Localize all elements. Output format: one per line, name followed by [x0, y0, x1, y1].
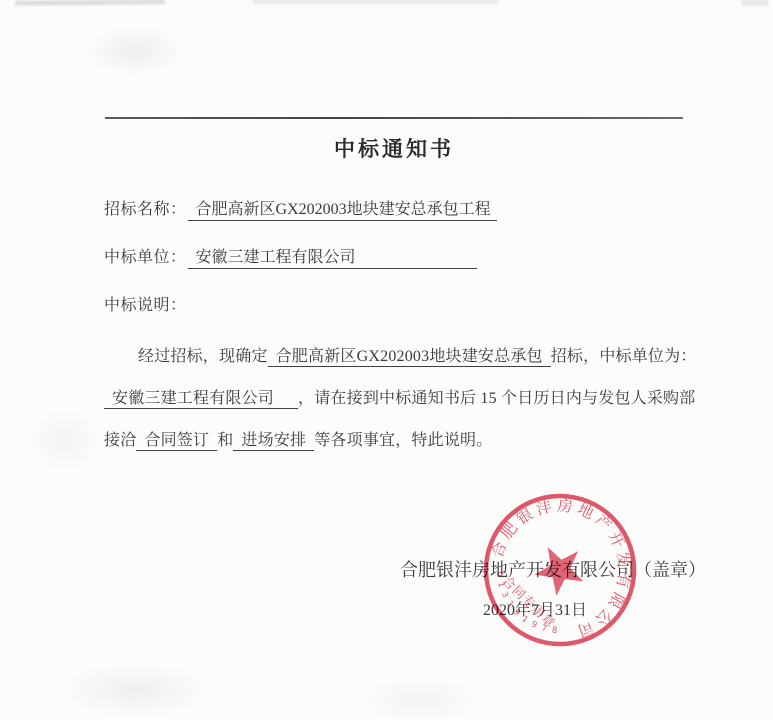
text-segment-underlined: 安徽三建工程有限公司 [104, 390, 298, 409]
text-segment: ，请在接到中标通知书后 15 个日历日内与发包人采购部 [298, 390, 695, 407]
text-segment-underlined: 合同签订 [136, 432, 217, 451]
field-label: 中标单位： [104, 249, 187, 266]
text-segment-underlined: 合肥高新区GX202003地块建安总承包 [268, 348, 551, 367]
paragraph-line: 安徽三建工程有限公司，请在接到中标通知书后 15 个日历日内与发包人采购部 [104, 385, 695, 408]
scan-artifact [253, 0, 498, 4]
text-segment: 和 [217, 432, 233, 449]
scan-artifact [742, 0, 768, 6]
text-segment: 等各项事宜，特此说明。 [314, 432, 492, 449]
scan-artifact [360, 680, 480, 720]
paragraph-line: 接洽合同签订和进场安排等各项事宜，特此说明。 [104, 427, 492, 450]
seal-star-icon [528, 534, 596, 602]
scan-artifact [60, 665, 210, 715]
text-segment: 招标，中标单位为： [551, 348, 697, 365]
field-label: 中标说明： [104, 297, 187, 314]
text-segment: 经过招标，现确定 [138, 348, 268, 365]
company-seal-stamp: 合肥银沣房地产开发有限公司 0 1 3 1 9 1 9 7 8 合同专用章 [465, 475, 655, 665]
field-value-underlined: 安徽三建工程有限公司 [188, 244, 477, 269]
field-award-note: 中标说明： [104, 292, 187, 315]
scan-artifact [30, 410, 100, 470]
field-label: 招标名称： [104, 201, 187, 218]
field-winning-bidder: 中标单位：安徽三建工程有限公司 [104, 244, 477, 269]
scan-artifact [85, 28, 185, 73]
header-rule [105, 117, 683, 119]
field-value-underlined: 合肥高新区GX202003地块建安总承包工程 [188, 196, 497, 221]
field-tender-name: 招标名称：合肥高新区GX202003地块建安总承包工程 [104, 196, 497, 221]
text-segment-underlined: 进场安排 [233, 432, 314, 451]
award-notice-document: 中标通知书 招标名称：合肥高新区GX202003地块建安总承包工程 中标单位：安… [0, 0, 773, 720]
scan-artifact [15, 0, 165, 6]
text-segment: 接洽 [104, 432, 136, 449]
page-title: 中标通知书 [104, 133, 684, 163]
paragraph-line: 经过招标，现确定合肥高新区GX202003地块建安总承包招标，中标单位为： [104, 343, 697, 366]
